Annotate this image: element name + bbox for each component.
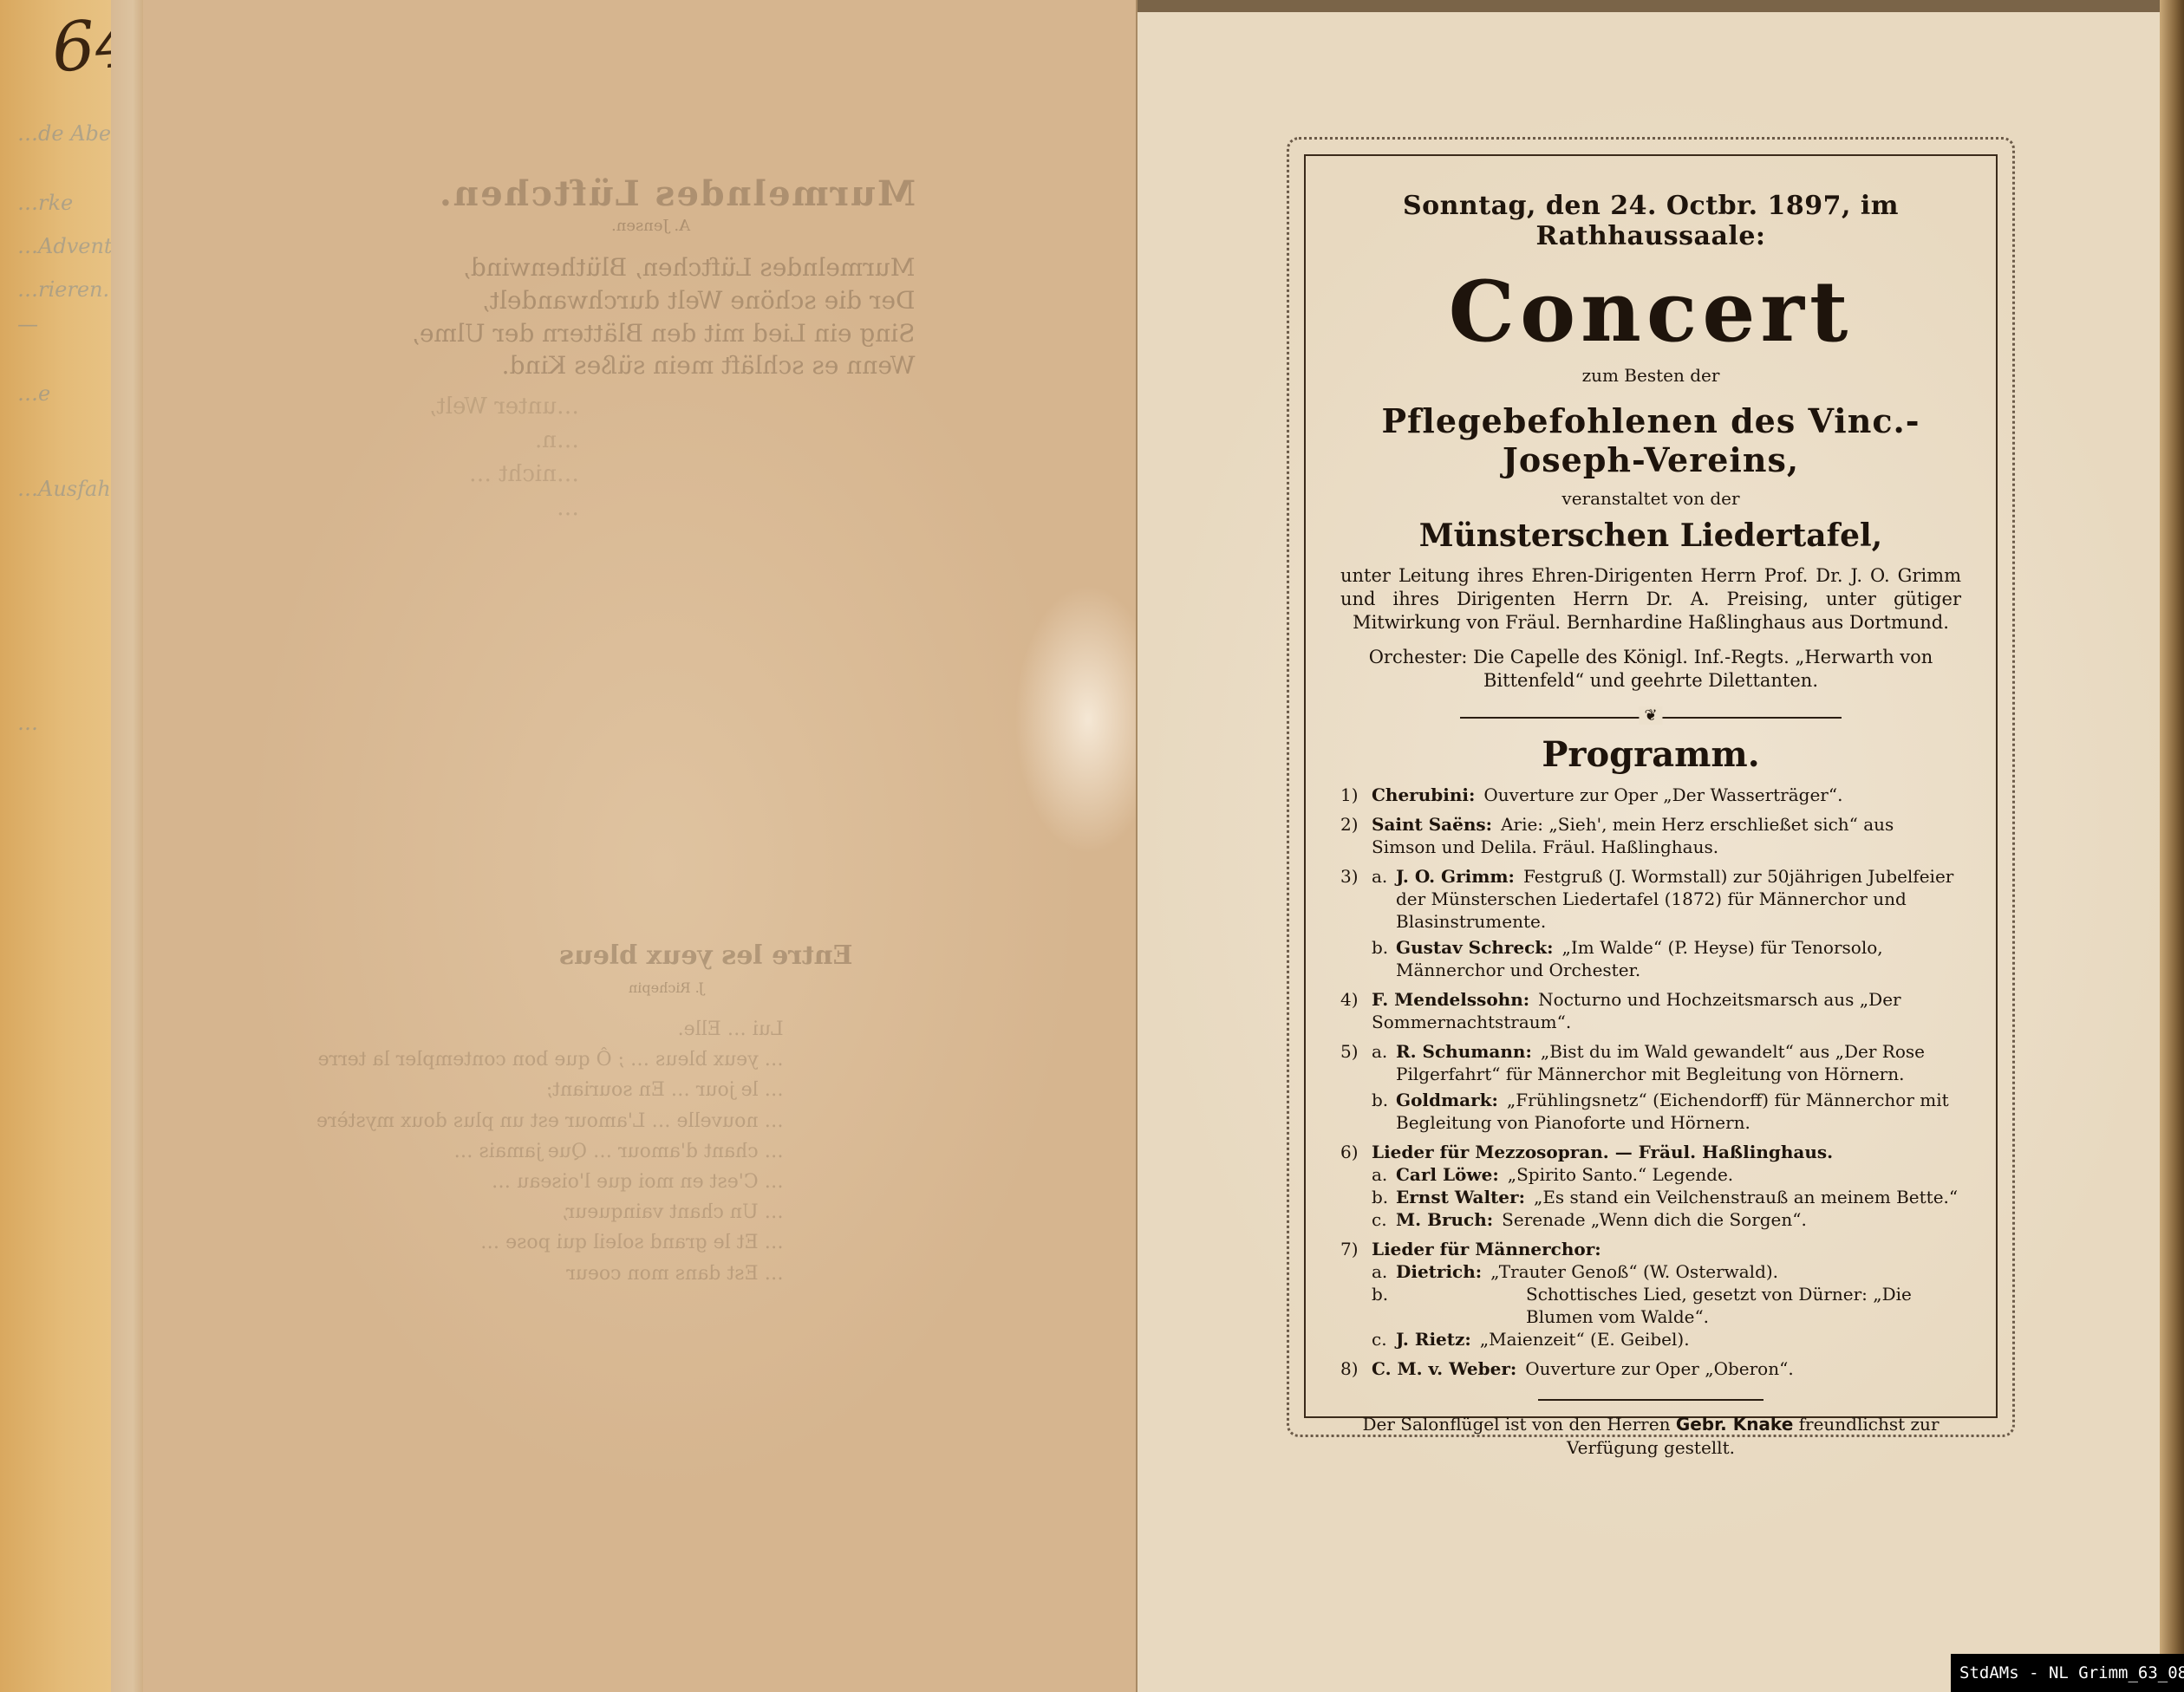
bleed-line: Lui … Elle.: [316, 1014, 784, 1044]
concert-title: Concert: [1340, 269, 1961, 356]
composer: Dietrich:: [1396, 1261, 1482, 1282]
programme-item: 8) C. M. v. Weber:Ouverture zur Oper „Ob…: [1340, 1357, 1961, 1380]
subtitle-benefit: zum Besten der: [1340, 365, 1961, 386]
bleed-line: … yeux bleus … ; Ô que bon contempler la…: [316, 1044, 784, 1075]
composer: Goldmark:: [1396, 1090, 1498, 1110]
bleed-line: …n.: [429, 424, 579, 458]
bleed-line: … Est dans mon coeur: [316, 1259, 784, 1289]
composer: R. Schumann:: [1396, 1041, 1532, 1062]
bleed-line: … chant d'amour … Que jamais …: [316, 1136, 784, 1167]
top-edge: [1138, 0, 2184, 12]
composer: Carl Löwe:: [1396, 1164, 1499, 1185]
margin-note: …e: [17, 381, 50, 406]
composer: Ernst Walter:: [1396, 1187, 1525, 1207]
item-number: 3): [1340, 865, 1372, 981]
subtitle-organized: veranstaltet von der: [1340, 488, 1961, 509]
sub-letter: a.: [1372, 1260, 1396, 1283]
work: „Maienzeit“ (E. Geibel).: [1480, 1329, 1690, 1350]
sub-letter: c.: [1372, 1328, 1396, 1350]
bleed-line: …unter Welt,: [429, 390, 579, 424]
programme-item: 4) F. Mendelssohn:Nocturno und Hochzeits…: [1340, 988, 1961, 1033]
organizer: Münsterschen Liedertafel,: [1340, 517, 1961, 554]
bleed-french-sub: J. Richepin: [629, 979, 704, 996]
margin-note: …: [17, 711, 38, 735]
work: „Spirito Santo.“ Legende.: [1508, 1164, 1733, 1185]
beneficiary: Pflegebefohlenen des Vinc.-Joseph-Verein…: [1340, 401, 1961, 479]
programme-item: 1) Cherubini:Ouverture zur Oper „Der Was…: [1340, 784, 1961, 806]
item-number: 4): [1340, 988, 1372, 1033]
item-number: 8): [1340, 1357, 1372, 1380]
sub-letter: b.: [1372, 936, 1396, 981]
right-page: Sonntag, den 24. Octbr. 1897, im Rathhau…: [1136, 0, 2184, 1692]
bleed-line: …nicht …: [429, 458, 579, 491]
bleed-line: Wenn es schläft mein süßes Kind.: [412, 349, 915, 382]
sub-letter: c.: [1372, 1208, 1396, 1231]
composer: J. Rietz:: [1396, 1329, 1471, 1350]
ornament-divider: ❦: [1460, 712, 1842, 722]
composer: J. O. Grimm:: [1396, 866, 1515, 887]
bleed-line: … Un chant vainqueur,: [316, 1197, 784, 1227]
bleed-line: Murmelndes Lüftchen, Blüthenwind,: [412, 251, 915, 284]
sub-letter: b.: [1372, 1283, 1396, 1328]
programme-item: 3) a.J. O. Grimm:Festgruß (J. Wormstall)…: [1340, 865, 1961, 981]
footer-text: Der Salonflügel ist von den Herren: [1362, 1414, 1670, 1435]
programme-item: 6) Lieder für Mezzosopran. — Fräul. Haßl…: [1340, 1141, 1961, 1231]
item-heading: Lieder für Mezzosopran. — Fräul. Haßling…: [1372, 1141, 1953, 1163]
right-edge: [2160, 0, 2184, 1692]
item-number: 1): [1340, 784, 1372, 806]
margin-note: …rke: [17, 191, 73, 215]
archive-label: StdAMs - NL Grimm_63_08: [1951, 1654, 2184, 1692]
composer: Gustav Schreck:: [1396, 937, 1554, 958]
work: Ouverture zur Oper „Der Wasserträger“.: [1483, 784, 1842, 805]
programme-heading: Programm.: [1340, 734, 1961, 775]
work: „Trauter Genoß“ (W. Osterwald).: [1490, 1261, 1778, 1282]
bleed-line: …: [429, 491, 579, 525]
programme-item: 7) Lieder für Männerchor: a.Dietrich:„Tr…: [1340, 1238, 1961, 1350]
left-page: Murmelndes Lüftchen. A. Jensen. Murmelnd…: [143, 0, 1144, 1692]
sub-letter: b.: [1372, 1089, 1396, 1134]
piano-maker: Gebr. Knake: [1676, 1414, 1793, 1435]
bleed-line: … Et le grand soleil qui pose …: [316, 1227, 784, 1258]
bleed-line: Sing ein Lied mit den Blättern der Ulme,: [412, 317, 915, 350]
work: „Es stand ein Veilchenstrauß an meinem B…: [1534, 1187, 1958, 1207]
book-spread: …de Abend …rke …Adventure …rieren. — …e …: [0, 0, 2184, 1692]
bleed-poem-lines-faint: …unter Welt, …n. …nicht … …: [429, 390, 579, 525]
direction-text: unter Leitung ihres Ehren-Dirigenten Her…: [1340, 564, 1961, 635]
item-number: 6): [1340, 1141, 1372, 1231]
bleed-poem-lines: Murmelndes Lüftchen, Blüthenwind, Der di…: [412, 251, 915, 382]
footer-note: Der Salonflügel ist von den Herren Gebr.…: [1340, 1413, 1961, 1460]
composer: M. Bruch:: [1396, 1209, 1493, 1230]
programme-sheet: Sonntag, den 24. Octbr. 1897, im Rathhau…: [1304, 154, 1998, 1418]
programme-item: 2) Saint Saëns:Arie: „Sieh', mein Herz e…: [1340, 813, 1961, 858]
bleed-french-title: Entre les yeux bleus: [559, 940, 853, 971]
sub-letter: a.: [1372, 1163, 1396, 1186]
margin-note: —: [17, 312, 38, 336]
work: Serenade „Wenn dich die Sorgen“.: [1502, 1209, 1807, 1230]
composer: F. Mendelssohn:: [1372, 989, 1529, 1010]
page-strip: [111, 0, 147, 1692]
footer-divider: [1538, 1399, 1763, 1401]
bleed-line: Der die schöne Welt durchwandelt,: [412, 284, 915, 317]
sub-letter: a.: [1372, 1040, 1396, 1085]
ornament-icon: ❦: [1639, 706, 1662, 725]
composer: C. M. v. Weber:: [1372, 1358, 1516, 1379]
bleed-french-lines: Lui … Elle. … yeux bleus … ; Ô que bon c…: [316, 1014, 784, 1289]
programme-item: 5) a.R. Schumann:„Bist du im Wald gewand…: [1340, 1040, 1961, 1134]
bleed-line: … nouvelle … L'amour est un plus doux my…: [316, 1106, 784, 1136]
orchestra-text: Orchester: Die Capelle des Königl. Inf.-…: [1340, 646, 1961, 693]
bleed-poem-author: A. Jensen.: [611, 217, 690, 235]
item-number: 7): [1340, 1238, 1372, 1350]
margin-note: …rieren.: [17, 277, 109, 302]
item-number: 2): [1340, 813, 1372, 858]
item-number: 5): [1340, 1040, 1372, 1134]
item-heading: Lieder für Männerchor:: [1372, 1238, 1953, 1260]
bleed-poem-title: Murmelndes Lüftchen.: [438, 173, 916, 214]
date-line: Sonntag, den 24. Octbr. 1897, im Rathhau…: [1340, 191, 1961, 251]
work: Ouverture zur Oper „Oberon“.: [1525, 1358, 1793, 1379]
sub-letter: b.: [1372, 1186, 1396, 1208]
bleed-line: … C'est en moi que l'oiseau …: [316, 1167, 784, 1197]
bleed-line: … le jour … En souriant;: [316, 1075, 784, 1105]
programme-list: 1) Cherubini:Ouverture zur Oper „Der Was…: [1340, 784, 1961, 1380]
composer: Saint Saëns:: [1372, 814, 1492, 835]
work: Schottisches Lied, gesetzt von Dürner: „…: [1526, 1284, 1912, 1327]
sub-letter: a.: [1372, 865, 1396, 933]
composer: Cherubini:: [1372, 784, 1475, 805]
margin-notes: …de Abend …rke …Adventure …rieren. — …e …: [0, 104, 113, 1318]
